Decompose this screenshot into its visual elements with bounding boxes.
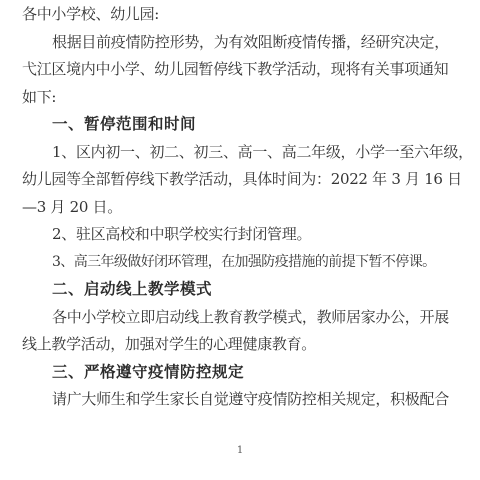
section-1-item-3: 3、高三年级做好闭环管理，在加强防疫措施的前提下暂不停课。 <box>22 249 446 277</box>
intro-line-2: 弋江区境内中小学、幼儿园暂停线下教学活动，现将有关事项通知 <box>22 56 446 84</box>
page-number: 1 <box>0 445 480 456</box>
intro-line-3: 如下: <box>22 84 446 112</box>
section-2-body-line-1: 各中小学校立即启动线上教育教学模式，教师居家办公，开展 <box>22 304 446 332</box>
section-3-body-line-1: 请广大师生和学生家长自觉遵守疫情防控相关规定，积极配合 <box>22 386 446 414</box>
salutation-line: 各中小学校、幼儿园: <box>22 1 446 29</box>
section-2-body-line-2: 线上教学活动，加强对学生的心理健康教育。 <box>22 331 446 359</box>
section-3-heading: 三、严格遵守疫情防控规定 <box>22 359 446 387</box>
intro-line-1: 根据目前疫情防控形势，为有效阻断疫情传播，经研究决定， <box>22 29 446 57</box>
section-2-heading: 二、启动线上教学模式 <box>22 276 446 304</box>
section-1-item-1-line-2: 幼儿园等全部暂停线下教学活动，具体时间为：2022 年 3 月 16 日 <box>22 166 446 194</box>
section-1-heading: 一、暂停范围和时间 <box>22 111 446 139</box>
section-1-item-1-line-1: 1、区内初一、初二、初三、高一、高二年级，小学一至六年级， <box>22 139 446 167</box>
document-page: 各中小学校、幼儿园: 根据目前疫情防控形势，为有效阻断疫情传播，经研究决定， 弋… <box>0 0 480 480</box>
section-1-item-1-line-3: —3 月 20 日。 <box>22 194 446 222</box>
section-1-item-2: 2、驻区高校和中职学校实行封闭管理。 <box>22 221 446 249</box>
document-text-block: 各中小学校、幼儿园: 根据目前疫情防控形势，为有效阻断疫情传播，经研究决定， 弋… <box>22 1 446 414</box>
